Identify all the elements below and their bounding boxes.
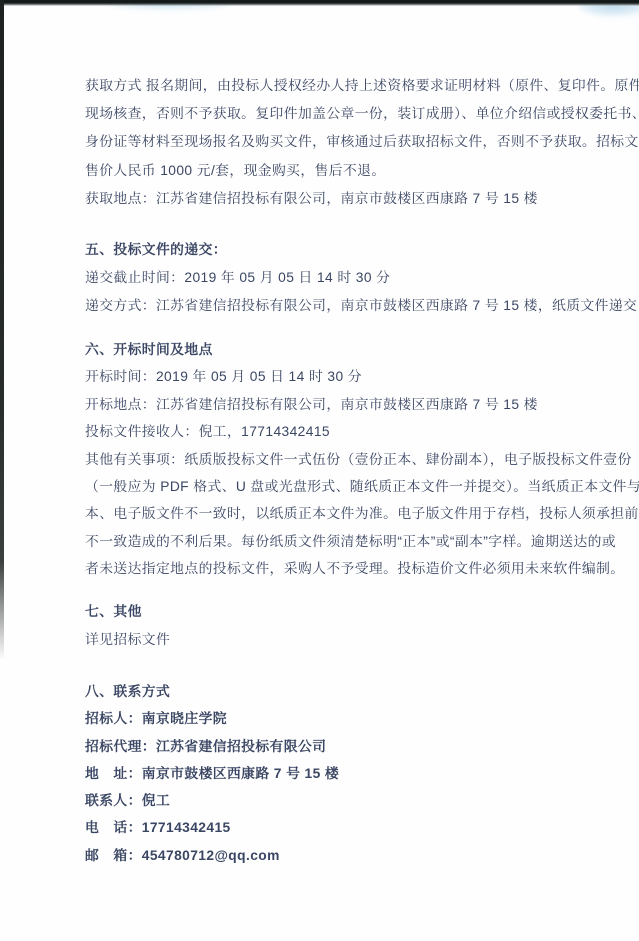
contact-person-line: 联系人：倪工: [85, 787, 620, 814]
section-heading: 七、其他: [85, 598, 620, 626]
document-receiver-line: 投标文件接收人：倪工，17714342415: [85, 418, 620, 445]
section-heading: 六、开标时间及地点: [85, 336, 620, 363]
scanned-document-page: 获取方式 报名期间，由投标人授权经办人持上述资格要求证明材料（原件、复印件。原件…: [0, 0, 639, 941]
section-other: 七、其他 详见招标文件: [85, 598, 620, 654]
opening-location-line: 开标地点：江苏省建信招投标有限公司，南京市鼓楼区西康路 7 号 15 楼: [85, 391, 620, 418]
other-matters-line: 者未送达指定地点的投标文件，采购人不予受理。投标造价文件必须用未来软件编制。: [85, 555, 620, 582]
section-bid-opening: 六、开标时间及地点 开标时间：2019 年 05 月 05 日 14 时 30 …: [85, 336, 620, 583]
text-line: 获取方式 报名期间，由投标人授权经办人持上述资格要求证明材料（原件、复印件。原件: [85, 72, 620, 100]
section-contact-info: 八、联系方式 招标人：南京晓庄学院 招标代理：江苏省建信招投标有限公司 地 址：…: [85, 678, 620, 869]
see-tender-document-line: 详见招标文件: [85, 626, 620, 654]
tenderer-line: 招标人：南京晓庄学院: [85, 705, 620, 732]
other-matters-line: 本、电子版文件不一致时，以纸质正本文件为准。电子版文件用于存档，投标人须承担前述: [85, 500, 620, 527]
section-heading: 五、投标文件的递交：: [85, 236, 620, 264]
other-matters-line: 不一致造成的不利后果。每份纸质文件须清楚标明“正本”或“副本”字样。逾期送达的或: [85, 528, 620, 555]
scan-edge-left: [0, 0, 4, 660]
other-matters-line: （一般应为 PDF 格式、U 盘或光盘形式、随纸质正本文件一并提交）。当纸质正本…: [85, 473, 620, 500]
acquisition-location-line: 获取地点：江苏省建信招投标有限公司，南京市鼓楼区西康路 7 号 15 楼: [85, 185, 620, 213]
address-line: 地 址：南京市鼓楼区西康路 7 号 15 楼: [85, 760, 620, 787]
submission-method-line: 递交方式：江苏省建信招投标有限公司，南京市鼓楼区西康路 7 号 15 楼，纸质文…: [85, 292, 620, 320]
section-bid-submission: 五、投标文件的递交： 递交截止时间：2019 年 05 月 05 日 14 时 …: [85, 236, 620, 321]
phone-line: 电 话：17714342415: [85, 814, 620, 841]
text-line: 售价人民币 1000 元/套，现金购买，售后不退。: [85, 157, 620, 185]
section-heading: 八、联系方式: [85, 678, 620, 705]
opening-time-line: 开标时间：2019 年 05 月 05 日 14 时 30 分: [85, 363, 620, 390]
submission-deadline-line: 递交截止时间：2019 年 05 月 05 日 14 时 30 分: [85, 264, 620, 292]
acquisition-paragraph: 获取方式 报名期间，由投标人授权经办人持上述资格要求证明材料（原件、复印件。原件…: [85, 72, 620, 213]
other-matters-line: 其他有关事项：纸质版投标文件一式伍份（壹份正本、肆份副本），电子版投标文件壹份: [85, 446, 620, 473]
scan-edge-top: [0, 0, 639, 6]
text-line: 身份证等材料至现场报名及购买文件，审核通过后获取招标文件，否则不予获取。招标文件: [85, 128, 620, 156]
tender-agent-line: 招标代理：江苏省建信招投标有限公司: [85, 733, 620, 760]
text-line: 现场核查，否则不予获取。复印件加盖公章一份，装订成册）、单位介绍信或授权委托书、: [85, 100, 620, 128]
email-line: 邮 箱：454780712@qq.com: [85, 842, 620, 869]
